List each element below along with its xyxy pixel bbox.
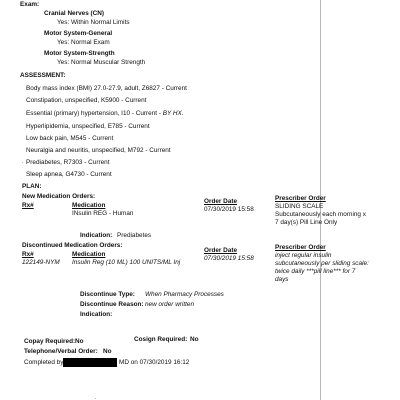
completed-by-suffix: MD on 07/30/2019 16:12: [119, 359, 189, 367]
telephone-order-label: Telephone/Verbal Order:: [24, 348, 98, 356]
indication-label: Indication:: [80, 232, 112, 240]
medication-name: INsulin REG - Human: [72, 210, 133, 218]
telephone-order-value: No: [103, 348, 112, 356]
order-date: 07/30/2019 15:58: [204, 206, 254, 214]
column-header-medication: Medication: [72, 202, 105, 210]
exam-item-value: Yes: Within Normal Limits: [57, 19, 130, 27]
column-header-order-date: Order Date: [204, 247, 237, 255]
scan-speck: [95, 398, 96, 399]
discontinue-reason-label: Discontinue Reason:: [80, 301, 144, 309]
prescriber-order-line: 7 day(s) Pill Line Only: [275, 219, 337, 227]
assessment-item: Constipation, unspecified, K5900 - Curre…: [26, 97, 146, 105]
prescriber-order-line: SLIDING SCALE: [275, 203, 323, 211]
cosign-label: Cosign Required:: [134, 336, 187, 344]
exam-item-label: Cranial Nerves (CN): [44, 10, 104, 18]
plan-heading: PLAN:: [22, 183, 42, 191]
indication-label: Indication:: [80, 311, 112, 319]
exam-item-value: Yes: Normal Muscular Strength: [57, 59, 145, 67]
assessment-item-text: Essential (primary) hypertension, I10 - …: [26, 110, 163, 117]
exam-item-label: Motor System-Strength: [44, 50, 115, 58]
assessment-item: Hyperlipidemia, unspecified, E785 - Curr…: [26, 123, 150, 131]
medication-name: Insulin Reg (10 ML) 100 UNITS/ML Inj: [72, 259, 180, 267]
copay-value: No: [75, 338, 84, 346]
exam-item-value: Yes: Normal Exam: [57, 39, 110, 47]
exam-heading: Exam:: [20, 1, 39, 9]
column-header-prescriber-order: Prescriber Order: [275, 244, 326, 252]
assessment-item: Prediabetes, R7303 - Current: [26, 159, 109, 167]
column-header-prescriber-order: Prescriber Order: [275, 195, 326, 203]
prescriber-order-line: inject regular insulin: [275, 252, 331, 260]
discontinued-orders-heading: Discontinued Medication Orders:: [22, 242, 123, 250]
prescriber-order-line: subcutaneously per sliding scale:: [275, 260, 369, 268]
discontinue-type-value: When Pharmacy Processes: [145, 291, 224, 299]
column-header-order-date: Order Date: [204, 198, 237, 206]
assessment-heading: ASSESSMENT:: [20, 72, 65, 80]
assessment-item: Sleep apnea, G4730 - Current: [26, 171, 112, 179]
order-date: 07/30/2019 15:58: [204, 255, 254, 263]
prescriber-order-line: twice daily ***pill line*** for 7: [275, 268, 355, 276]
completed-by-label: Completed by: [24, 359, 63, 367]
prescriber-order-line: days: [275, 276, 289, 284]
by-hx-note: BY HX.: [163, 110, 184, 117]
scan-speck: [22, 162, 23, 163]
discontinue-reason-value: new order written: [145, 301, 194, 309]
indication-value: Prediabetes: [117, 232, 151, 240]
assessment-item: Low back pain, M545 - Current: [26, 135, 113, 143]
assessment-item: Neuralgia and neuritis, unspecified, M79…: [26, 147, 171, 155]
column-header-rx: Rx#: [22, 251, 34, 259]
rx-number: 122149-NYM: [22, 259, 60, 267]
exam-item-label: Motor System-General: [44, 30, 112, 38]
prescriber-order-line: Subcutaneously each morning x: [275, 211, 366, 219]
cosign-value: No: [190, 336, 199, 344]
column-header-medication: Medication: [72, 251, 105, 259]
column-header-rx: Rx#: [22, 202, 34, 210]
redacted-name: [63, 358, 117, 367]
assessment-item: Body mass index (BMI) 27.0-27.9, adult, …: [26, 85, 187, 93]
copay-label: Copay Required:: [24, 338, 75, 346]
discontinue-type-label: Discontinue Type:: [80, 291, 135, 299]
new-orders-heading: New Medication Orders:: [22, 193, 95, 201]
assessment-item: Essential (primary) hypertension, I10 - …: [26, 110, 184, 118]
